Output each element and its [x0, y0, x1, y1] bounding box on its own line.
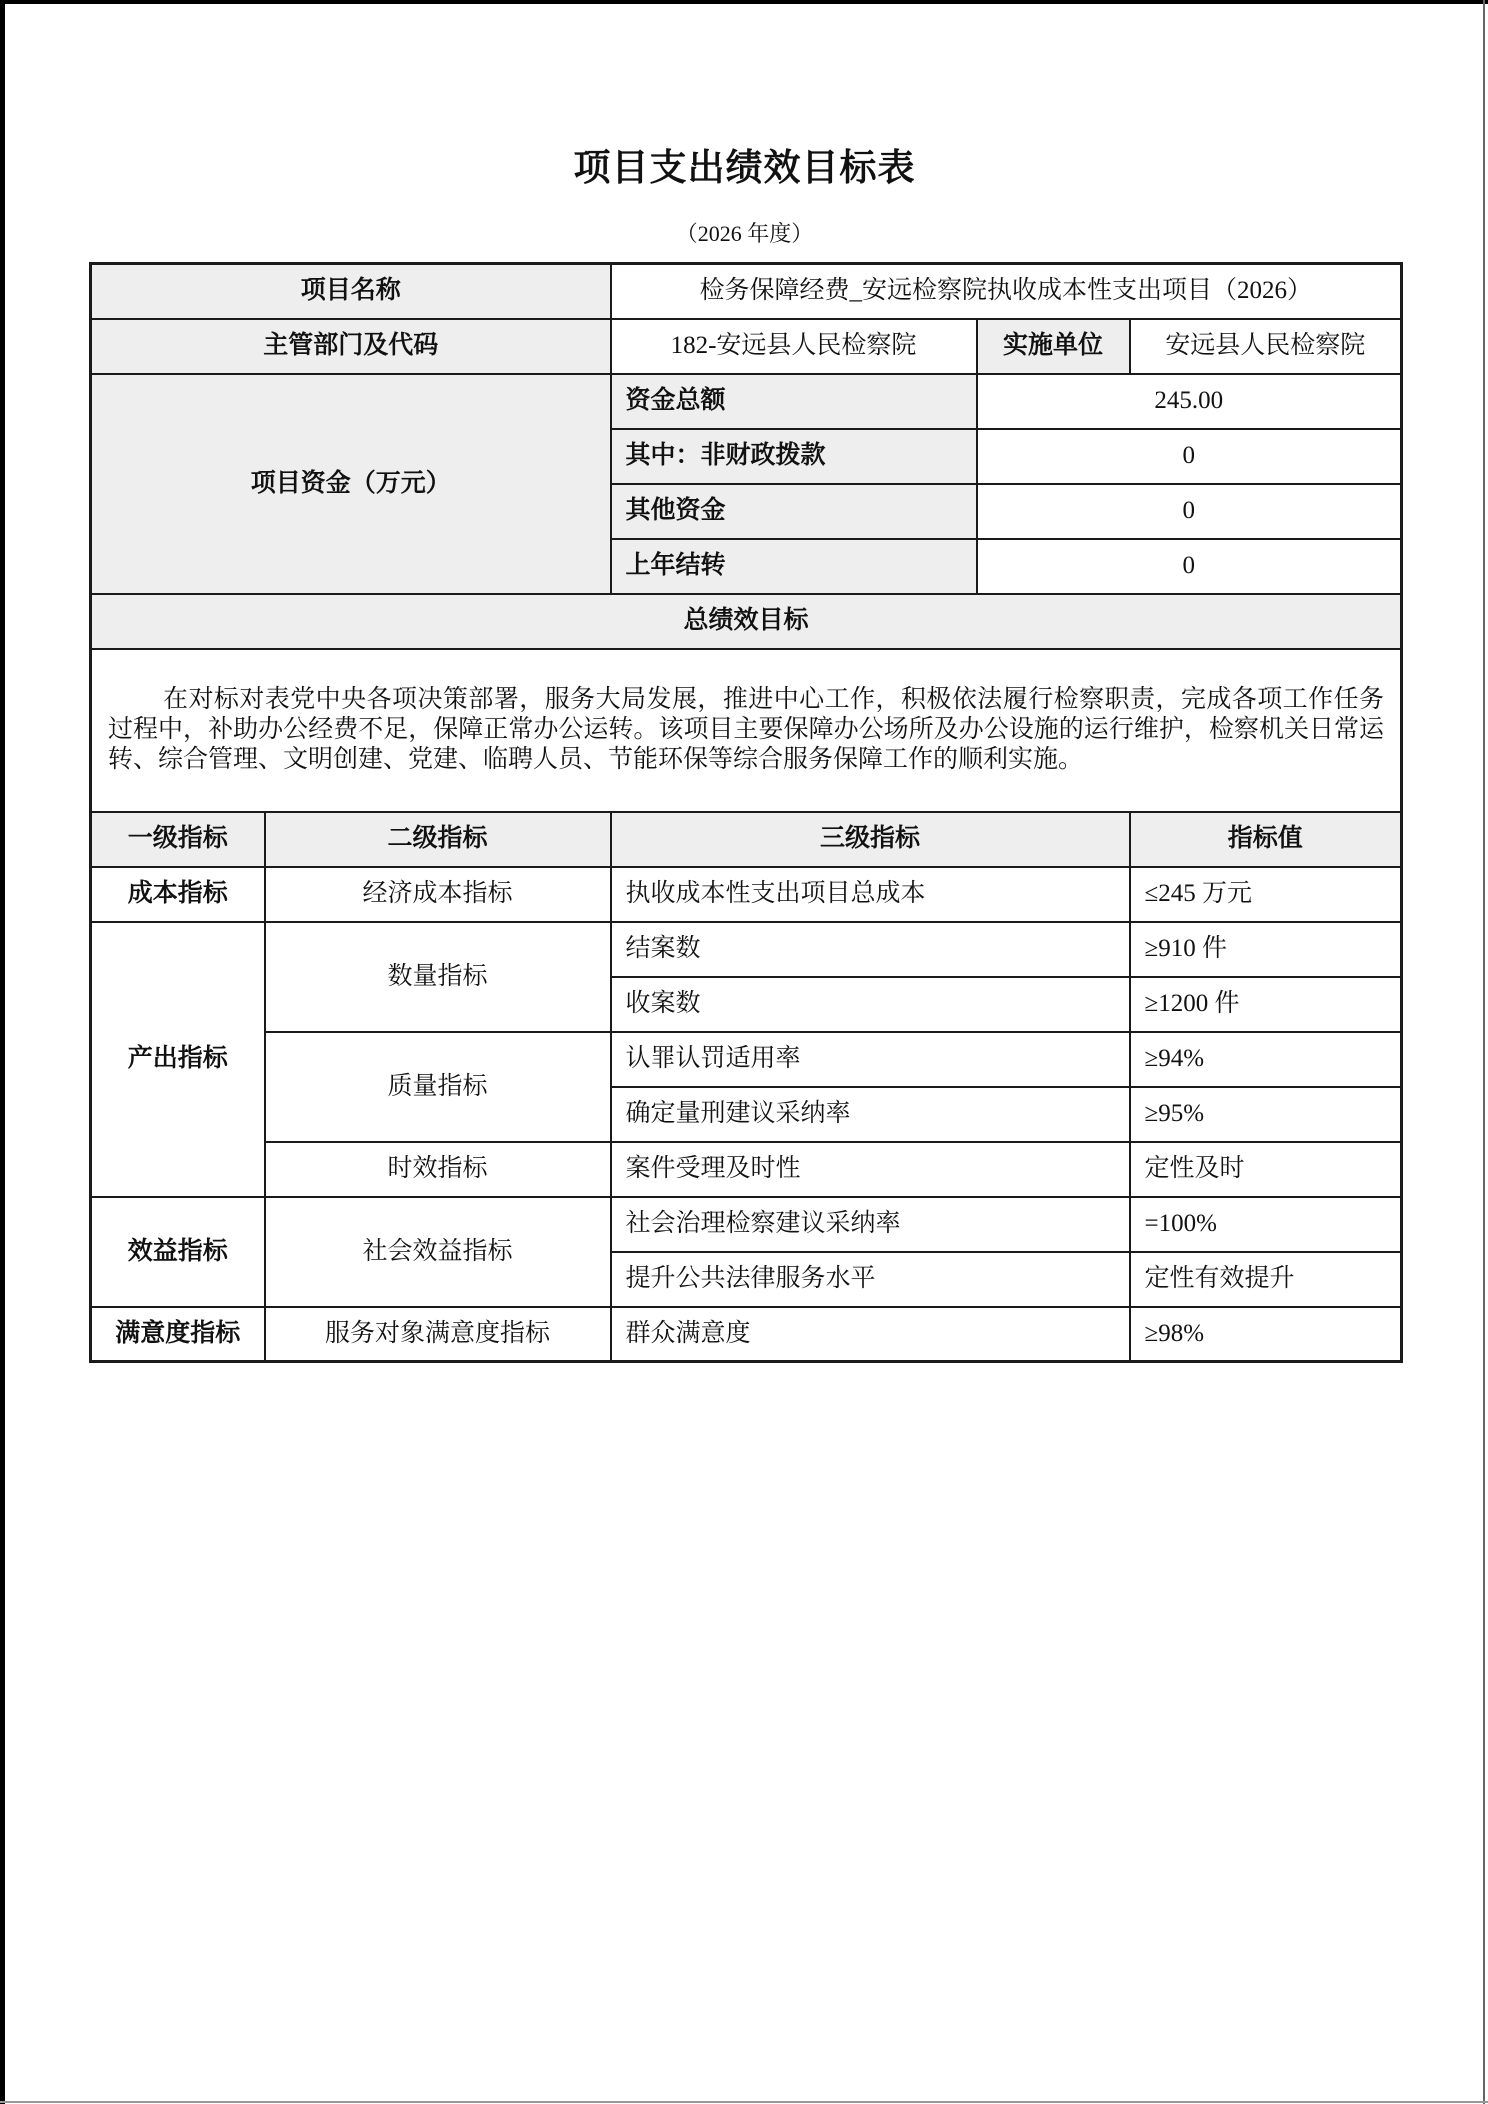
table-row: 项目资金（万元） 资金总额 245.00	[91, 374, 1402, 429]
funds-label: 项目资金（万元）	[91, 374, 611, 594]
indicator-level3: 执收成本性支出项目总成本	[611, 867, 1130, 922]
indicator-level3: 群众满意度	[611, 1307, 1130, 1362]
dept-value: 182-安远县人民检察院	[611, 319, 977, 374]
overall-goal-text: 在对标对表党中央各项决策部署，服务大局发展，推进中心工作，积极依法履行检察职责，…	[91, 649, 1402, 812]
table-row: 时效指标 案件受理及时性 定性及时	[91, 1142, 1402, 1197]
table-row: 总绩效目标	[91, 594, 1402, 649]
indicator-level2: 服务对象满意度指标	[265, 1307, 611, 1362]
project-name-value: 检务保障经费_安远检察院执收成本性支出项目（2026）	[611, 264, 1402, 319]
table-row: 一级指标 二级指标 三级指标 指标值	[91, 812, 1402, 867]
indicator-level3: 确定量刑建议采纳率	[611, 1087, 1130, 1142]
scan-edge-left	[0, 0, 5, 2104]
indicator-value: ≥95%	[1130, 1087, 1402, 1142]
funds-total-label: 资金总额	[611, 374, 977, 429]
indicator-value: ≥94%	[1130, 1032, 1402, 1087]
indicator-value: ≥98%	[1130, 1307, 1402, 1362]
indicator-level2: 质量指标	[265, 1032, 611, 1142]
indicator-level1: 产出指标	[91, 922, 265, 1197]
table-row: 在对标对表党中央各项决策部署，服务大局发展，推进中心工作，积极依法履行检察职责，…	[91, 649, 1402, 812]
indicator-level3: 结案数	[611, 922, 1130, 977]
table-row: 成本指标 经济成本指标 执收成本性支出项目总成本 ≤245 万元	[91, 867, 1402, 922]
page-subtitle: （2026 年度）	[89, 220, 1400, 248]
header-level2: 二级指标	[265, 812, 611, 867]
indicator-level2: 经济成本指标	[265, 867, 611, 922]
table-row: 项目名称 检务保障经费_安远检察院执收成本性支出项目（2026）	[91, 264, 1402, 319]
indicator-level1: 效益指标	[91, 1197, 265, 1307]
funds-other-value: 0	[977, 484, 1402, 539]
page-title: 项目支出绩效目标表	[89, 148, 1400, 190]
indicator-value: =100%	[1130, 1197, 1402, 1252]
indicator-level3: 提升公共法律服务水平	[611, 1252, 1130, 1307]
indicator-level1: 满意度指标	[91, 1307, 265, 1362]
scan-edge-right	[1483, 0, 1485, 2104]
scan-edge-bottom	[0, 2101, 1488, 2103]
funds-carryover-value: 0	[977, 539, 1402, 594]
impl-unit-label: 实施单位	[977, 319, 1130, 374]
indicator-value: 定性及时	[1130, 1142, 1402, 1197]
header-level3: 三级指标	[611, 812, 1130, 867]
indicator-value: 定性有效提升	[1130, 1252, 1402, 1307]
indicator-level2: 社会效益指标	[265, 1197, 611, 1307]
dept-label: 主管部门及代码	[91, 319, 611, 374]
table-row: 主管部门及代码 182-安远县人民检察院 实施单位 安远县人民检察院	[91, 319, 1402, 374]
table-row: 产出指标 数量指标 结案数 ≥910 件	[91, 922, 1402, 977]
indicator-level3: 收案数	[611, 977, 1130, 1032]
indicator-level2: 时效指标	[265, 1142, 611, 1197]
indicator-level3: 社会治理检察建议采纳率	[611, 1197, 1130, 1252]
impl-unit-value: 安远县人民检察院	[1130, 319, 1402, 374]
funds-nonfiscal-value: 0	[977, 429, 1402, 484]
table-row: 效益指标 社会效益指标 社会治理检察建议采纳率 =100%	[91, 1197, 1402, 1252]
indicator-value: ≥1200 件	[1130, 977, 1402, 1032]
table-row: 质量指标 认罪认罚适用率 ≥94%	[91, 1032, 1402, 1087]
indicator-level3: 案件受理及时性	[611, 1142, 1130, 1197]
indicator-value: ≤245 万元	[1130, 867, 1402, 922]
header-value: 指标值	[1130, 812, 1402, 867]
project-name-label: 项目名称	[91, 264, 611, 319]
indicator-level3: 认罪认罚适用率	[611, 1032, 1130, 1087]
funds-other-label: 其他资金	[611, 484, 977, 539]
funds-nonfiscal-label: 其中：非财政拨款	[611, 429, 977, 484]
header-level1: 一级指标	[91, 812, 265, 867]
overall-goal-label: 总绩效目标	[91, 594, 1402, 649]
indicator-value: ≥910 件	[1130, 922, 1402, 977]
indicator-level2: 数量指标	[265, 922, 611, 1032]
funds-total-value: 245.00	[977, 374, 1402, 429]
performance-target-table: 项目名称 检务保障经费_安远检察院执收成本性支出项目（2026） 主管部门及代码…	[89, 262, 1403, 1363]
scan-edge-top	[0, 0, 1488, 4]
funds-carryover-label: 上年结转	[611, 539, 977, 594]
table-row: 满意度指标 服务对象满意度指标 群众满意度 ≥98%	[91, 1307, 1402, 1362]
indicator-level1: 成本指标	[91, 867, 265, 922]
